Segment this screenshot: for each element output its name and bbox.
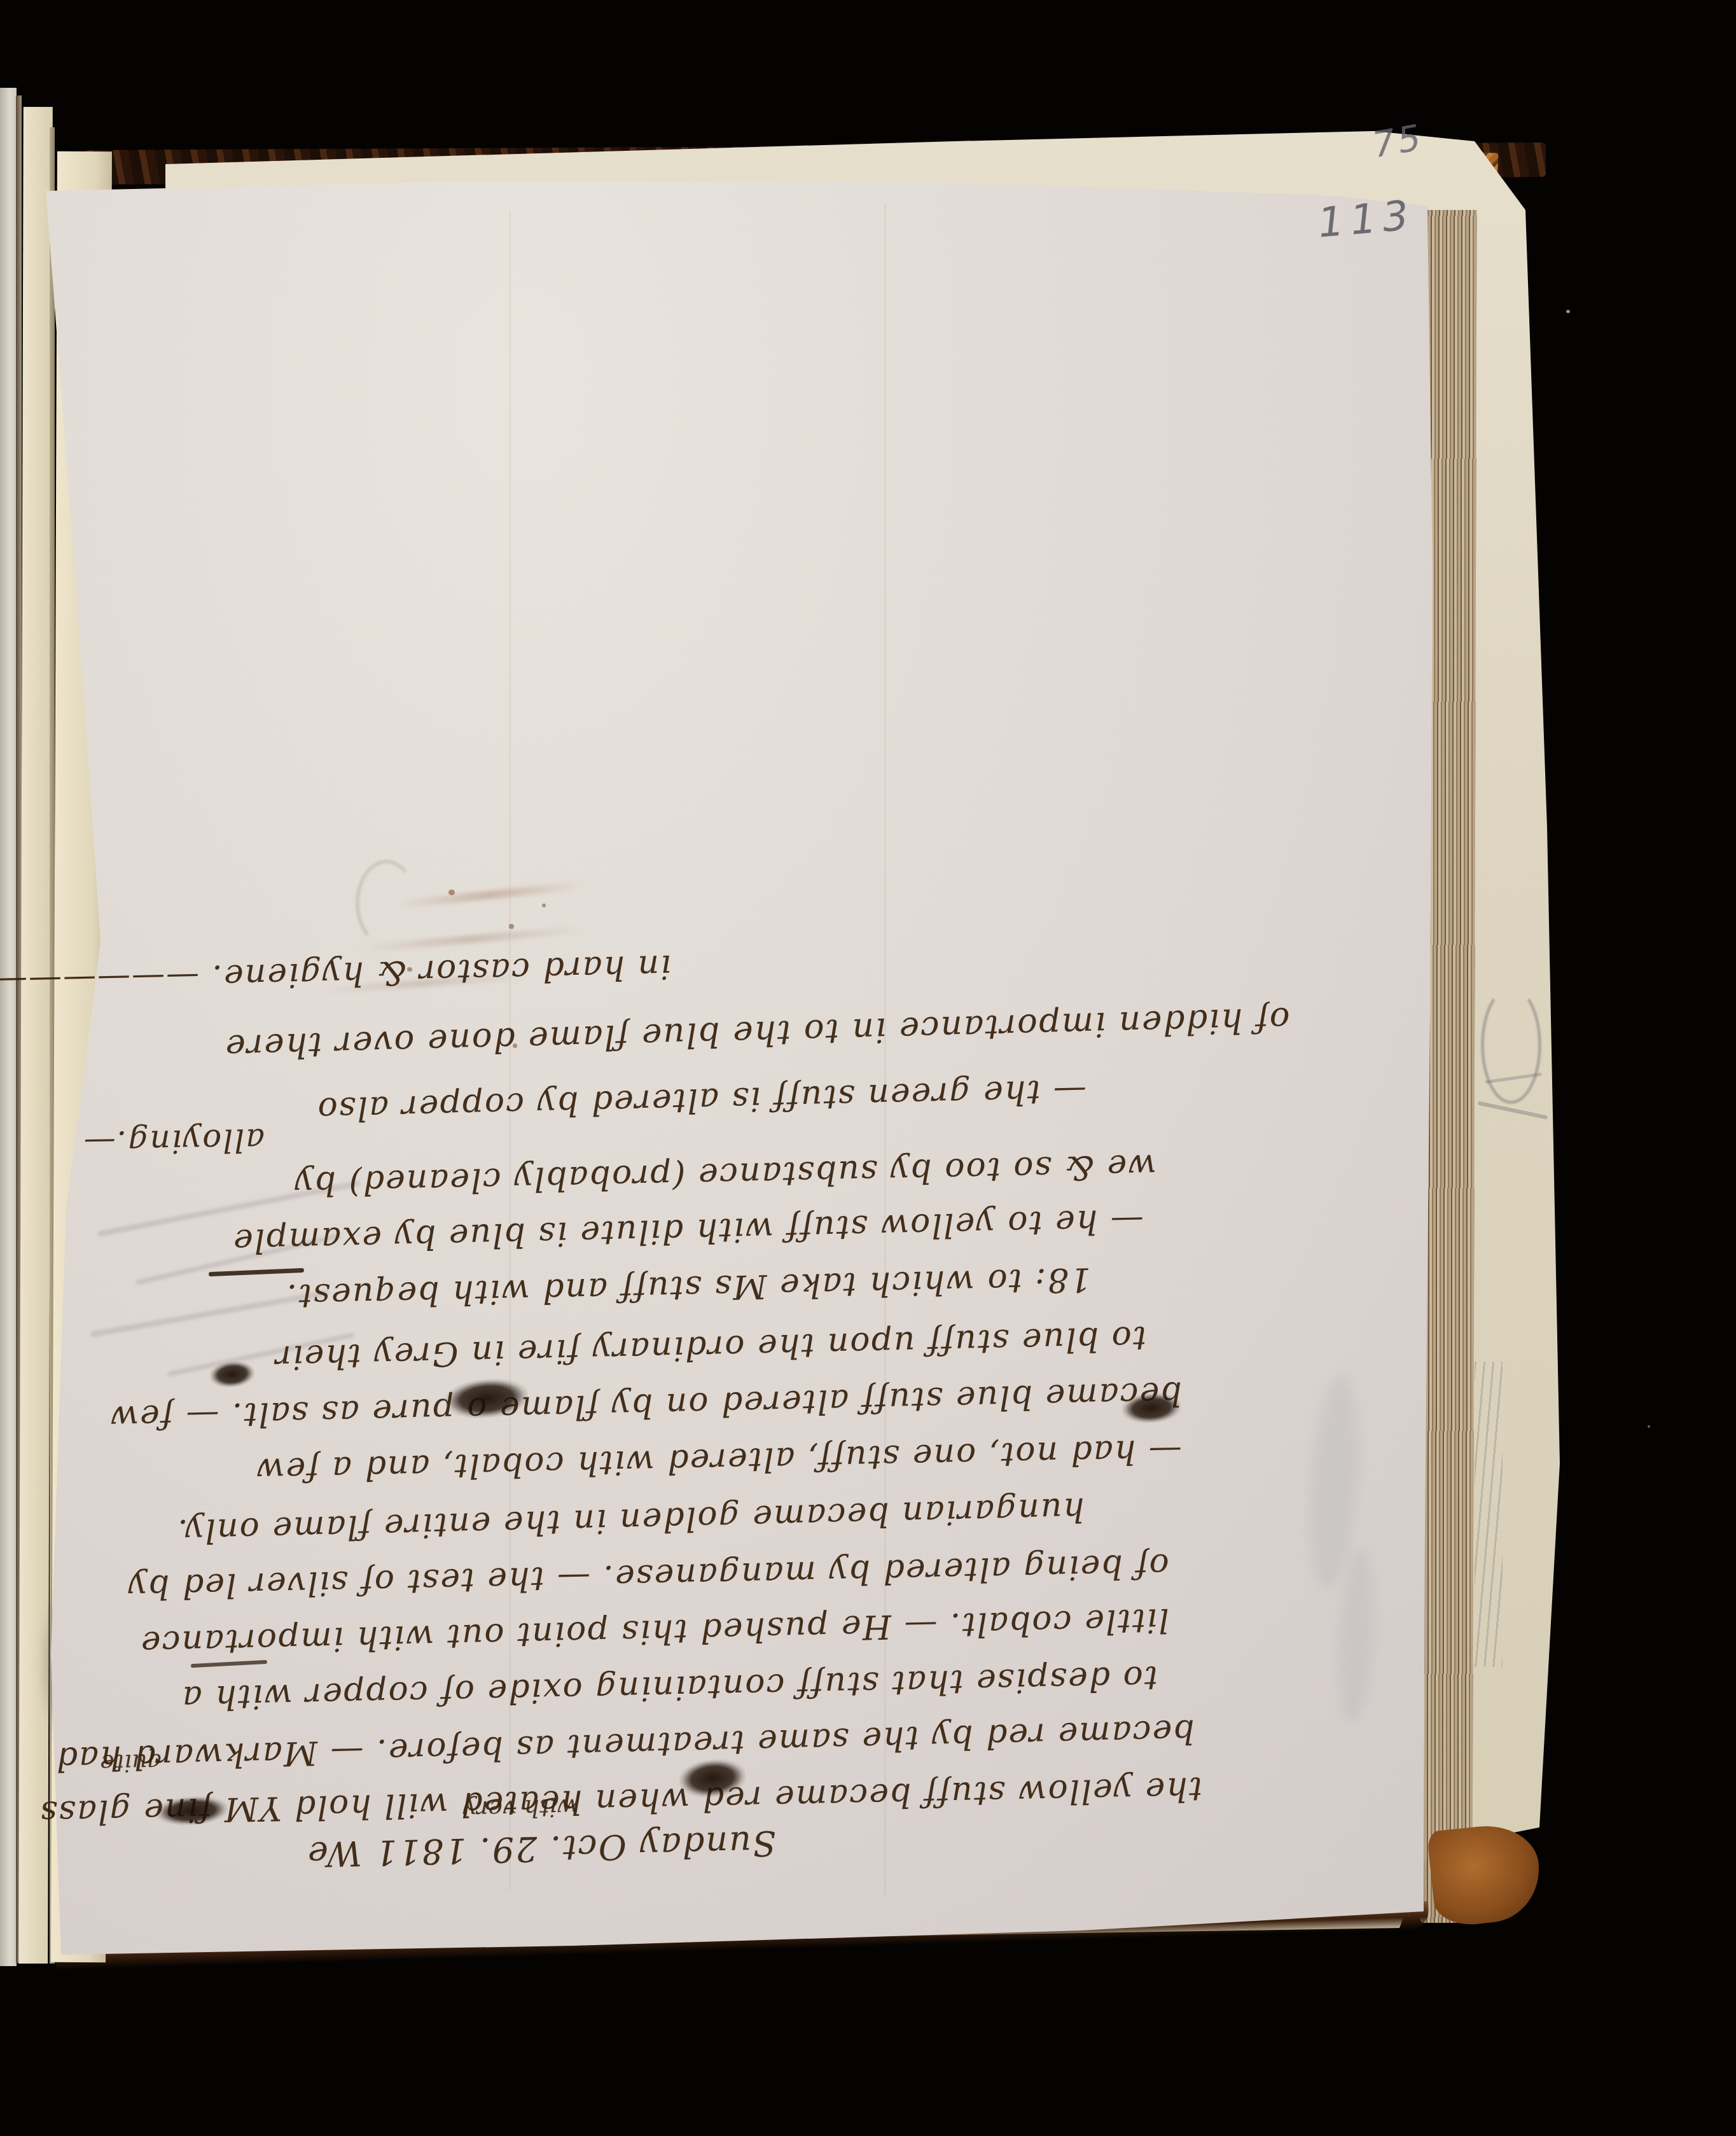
ink-speck bbox=[448, 890, 455, 895]
edge-pencil-hatch bbox=[1475, 1362, 1503, 1667]
edge-pencil-mark bbox=[1481, 986, 1541, 1104]
ink-speck bbox=[542, 904, 546, 907]
ink-scribble bbox=[677, 1757, 747, 1801]
folio-number: 113 bbox=[1316, 192, 1417, 248]
ink-scribble bbox=[1121, 1392, 1182, 1425]
previous-folio-number: 75 bbox=[1370, 117, 1426, 167]
manuscript-line: alloying.— bbox=[80, 1119, 265, 1163]
ink-scribble bbox=[156, 1794, 229, 1827]
dust-speck bbox=[1566, 310, 1570, 313]
dust-speck bbox=[1648, 1425, 1650, 1428]
ink-scribble bbox=[209, 1359, 256, 1389]
gutter-page-edge bbox=[0, 88, 17, 1966]
ink-speck bbox=[509, 924, 514, 929]
leather-cover-corner bbox=[1427, 1821, 1545, 1929]
manuscript-photo: Sunday Oct. 29. 1811 We with very the ye… bbox=[0, 0, 1736, 2136]
ink-scribble bbox=[444, 1376, 530, 1421]
